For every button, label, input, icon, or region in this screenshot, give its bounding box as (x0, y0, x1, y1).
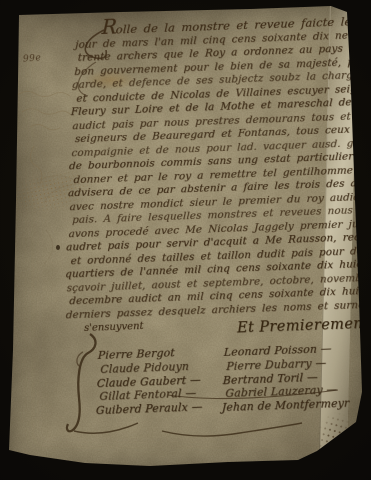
signature-name: Guiberd Peraulx — (96, 401, 203, 419)
ink-spot (56, 245, 60, 250)
manuscript-page: 99e (0, 0, 371, 480)
folio-number: 99e (23, 53, 42, 65)
flourish-bracket (67, 334, 96, 431)
sensuyvent-label: s'ensuyvent (84, 321, 144, 334)
scan-background: 99e (0, 0, 371, 480)
signature-column-right: Leonard Poisson — Pierre Dubarry — Bertr… (222, 342, 352, 416)
signature-column-left: Pierre Bergot Claude Pidouyn Claude Gaub… (96, 345, 205, 418)
manuscript-text: Rolle de la monstre et reveue faicte le … (64, 12, 354, 322)
ink-speckles (310, 406, 358, 466)
